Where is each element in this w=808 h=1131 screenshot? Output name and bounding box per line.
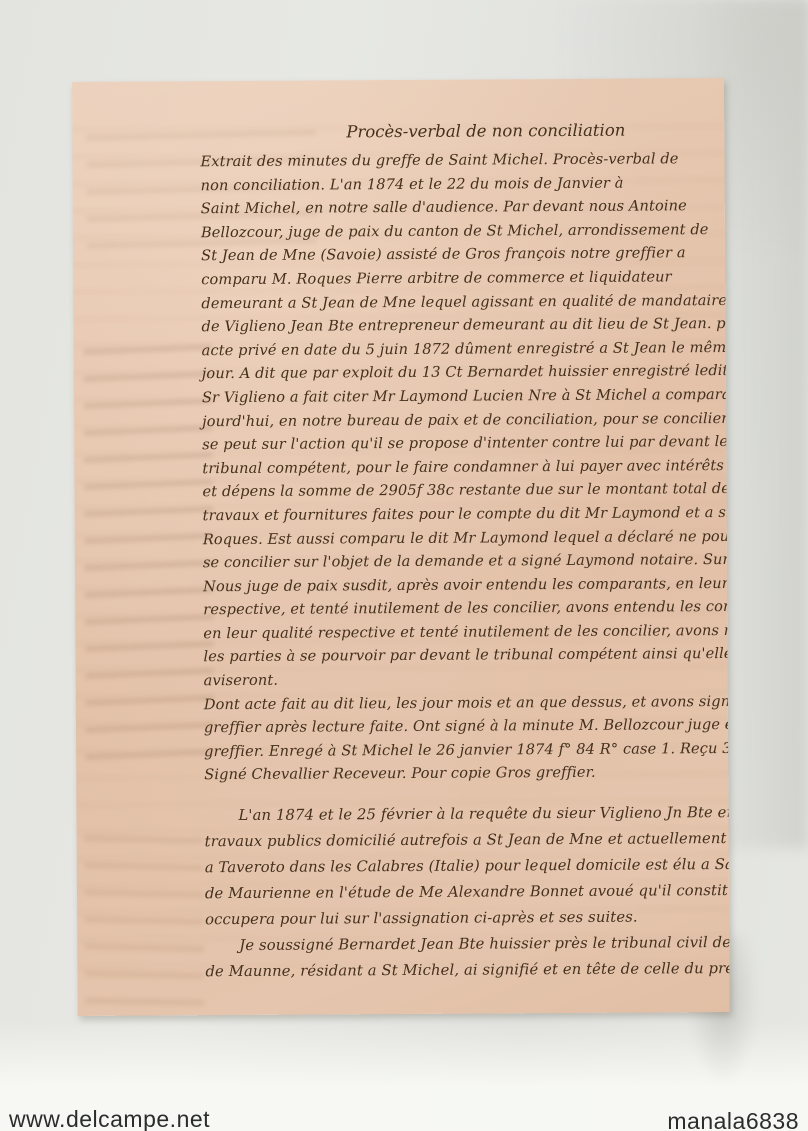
document-line: greffier. Enregé à St Michel le 26 janvi…: [204, 737, 724, 764]
document-line: de Viglieno Jean Bte entrepreneur demeur…: [201, 312, 721, 339]
document-line: L'an 1874 et le 25 février à la requête …: [204, 800, 724, 829]
document-line: et dépens la somme de 2905f 38c restante…: [202, 477, 722, 504]
document-body: Procès-verbal de non conciliation Extrai…: [200, 118, 725, 985]
document-line: St Jean de Mne (Savoie) assisté de Gros …: [201, 241, 721, 268]
document-line: greffier après lecture faite. Ont signé …: [204, 713, 724, 740]
document-line: Roques. Est aussi comparu le dit Mr Laym…: [203, 525, 723, 552]
document-line: jourd'hui, en notre bureau de paix et de…: [202, 407, 722, 434]
document-title: Procès-verbal de non conciliation: [346, 118, 720, 144]
handwritten-document-paper: Procès-verbal de non conciliation Extrai…: [72, 78, 730, 1016]
document-line: travaux et fournitures faites pour le co…: [203, 501, 723, 528]
document-line: Je soussigné Bernardet Jean Bte huissier…: [205, 930, 725, 959]
document-line: occupera pour lui sur l'assignation ci-a…: [205, 904, 725, 933]
delcampe-watermark: www.delcampe.net: [9, 1106, 210, 1131]
paragraph-proces-verbal: Extrait des minutes du greffe de Saint M…: [200, 147, 724, 787]
document-line: respective, et tenté inutilement de les …: [203, 595, 723, 622]
document-line: acte privé en date du 5 juin 1872 dûment…: [202, 336, 722, 363]
document-line: se peut sur l'action qu'il se propose d'…: [202, 430, 722, 457]
document-line: Extrait des minutes du greffe de Saint M…: [200, 147, 720, 174]
document-line: comparu M. Roques Pierre arbitre de comm…: [201, 265, 721, 292]
document-line: aviseront.: [204, 666, 724, 693]
document-line: se concilier sur l'objet de la demande e…: [203, 548, 723, 575]
document-line: a Taveroto dans les Calabres (Italie) po…: [205, 852, 725, 881]
document-line: de Maunne, résidant a St Michel, ai sign…: [205, 956, 725, 985]
document-line: Signé Chevallier Receveur. Pour copie Gr…: [204, 760, 724, 787]
document-line: Dont acte fait au dit lieu, les jour moi…: [204, 690, 724, 717]
document-line: de Maurienne en l'étude de Me Alexandre …: [205, 878, 725, 907]
document-line: non conciliation. L'an 1874 et le 22 du …: [201, 171, 721, 198]
document-line: Saint Michel, en notre salle d'audience.…: [201, 194, 721, 221]
document-line: travaux publics domicilié autrefois a St…: [205, 826, 725, 855]
document-line: en leur qualité respective et tenté inut…: [203, 619, 723, 646]
document-line: les parties à se pourvoir par devant le …: [203, 642, 723, 669]
seller-watermark: manala6838: [667, 1108, 799, 1131]
document-line: jour. A dit que par exploit du 13 Ct Ber…: [202, 359, 722, 386]
paragraph-signification: Je soussigné Bernardet Jean Bte huissier…: [205, 930, 725, 985]
document-line: tribunal compétent, pour le faire condam…: [202, 454, 722, 481]
paragraph-assignation: L'an 1874 et le 25 février à la requête …: [204, 800, 725, 933]
document-line: Sr Viglieno a fait citer Mr Laymond Luci…: [202, 383, 722, 410]
document-line: Bellozcour, juge de paix du canton de St…: [201, 218, 721, 245]
document-line: demeurant a St Jean de Mne lequel agissa…: [201, 289, 721, 316]
document-line: Nous juge de paix susdit, après avoir en…: [203, 572, 723, 599]
